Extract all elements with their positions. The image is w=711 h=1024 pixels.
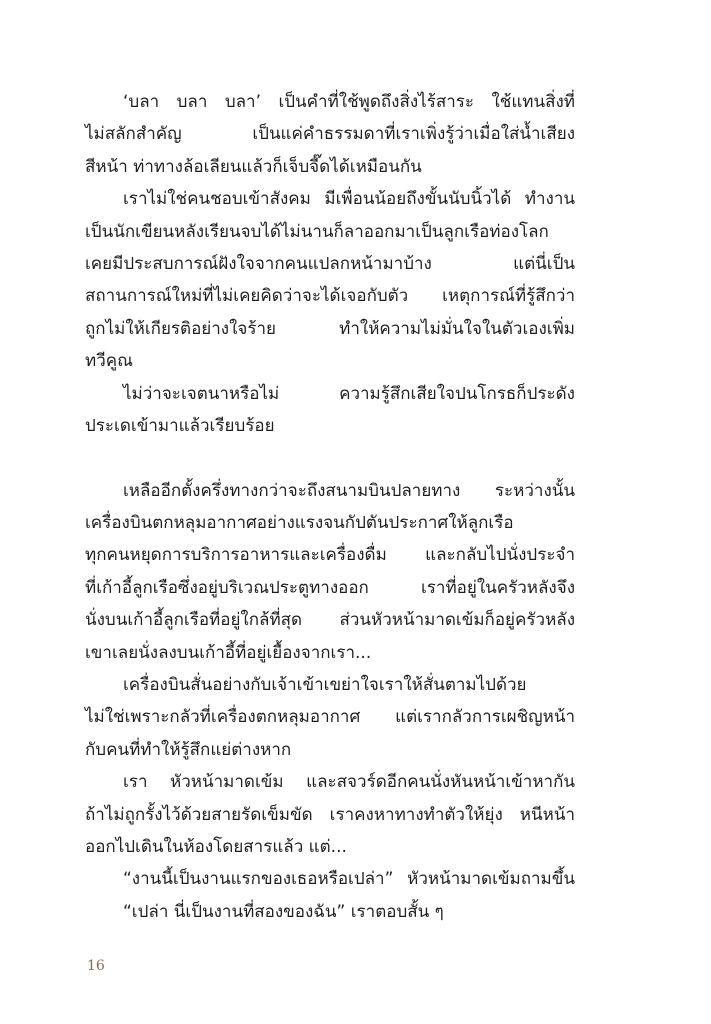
text-line: เหลืออีกตั้งครึ่งทางกว่าจะถึงสนามบินปลาย… [85, 475, 575, 507]
text-line: ถูกไม่ให้เกียรติอย่างใจร้าย ทำให้ความไม่… [85, 313, 575, 345]
text-line: เรา หัวหน้ามาดเข้ม และสจวร์ดอีกคนนั่งหัน… [85, 766, 575, 798]
text-line: “งานนี้เป็นงานแรกของเธอหรือเปล่า” หัวหน้… [85, 863, 575, 895]
text-line: นั่งบนเก้าอี้ลูกเรือที่อยู่ใกล้ที่สุด ส่… [85, 604, 575, 636]
text-line: ออกไปเดินในห้องโดยสารแล้ว แต่... [85, 831, 575, 863]
body-text: ‘บลา บลา บลา’ เป็นคำที่ใช้พูดถึงสิ่งไร้ส… [85, 86, 575, 928]
text-line: ทวีคูณ [85, 345, 575, 377]
text-line: ไม่สลักสำคัญ เป็นแค่คำธรรมดาที่เราเพิ่งร… [85, 118, 575, 150]
text-line: เขาเลยนั่งลงบนเก้าอี้ที่อยู่เยื้องจากเรา… [85, 637, 575, 669]
text-line: เครื่องบินสั่นอย่างกับเจ้าเข้าเขย่าใจเรา… [85, 669, 575, 701]
text-line: ไม่ว่าจะเจตนาหรือไม่ ความรู้สึกเสียใจปนโ… [85, 378, 575, 410]
text-line: เครื่องบินตกหลุมอากาศอย่างแรงจนกัปตันประ… [85, 507, 575, 539]
book-page: ‘บลา บลา บลา’ เป็นคำที่ใช้พูดถึงสิ่งไร้ส… [0, 0, 711, 1024]
text-line: ถ้าไม่ถูกรั้งไว้ด้วยสายรัดเข็มขัด เราคงห… [85, 799, 575, 831]
text-line: ที่เก้าอี้ลูกเรือซึ่งอยู่บริเวณประตูทางอ… [85, 572, 575, 604]
text-line: ไม่ใช่เพราะกลัวที่เครื่องตกหลุมอากาศ แต่… [85, 701, 575, 733]
text-line: ‘บลา บลา บลา’ เป็นคำที่ใช้พูดถึงสิ่งไร้ส… [85, 86, 575, 118]
text-line: เป็นนักเขียนหลังเรียนจบได้ไม่นานก็ลาออกม… [85, 216, 575, 248]
text-line: “เปล่า นี่เป็นงานที่สองของฉัน” เราตอบสั้… [85, 896, 575, 928]
text-line: เคยมีประสบการณ์ฝังใจจากคนแปลกหน้ามาบ้าง … [85, 248, 575, 280]
blank-line [85, 442, 575, 474]
text-line: เราไม่ใช่คนชอบเข้าสังคม มีเพื่อนน้อยถึงข… [85, 183, 575, 215]
text-line: ประเดเข้ามาแล้วเรียบร้อย [85, 410, 575, 442]
text-line: สถานการณ์ใหม่ที่ไม่เคยคิดว่าจะได้เจอกับต… [85, 280, 575, 312]
text-line: ทุกคนหยุดการบริการอาหารและเครื่องดื่ม แล… [85, 539, 575, 571]
page-number: 16 [87, 958, 105, 974]
text-line: กับคนที่ทำให้รู้สึกแย่ต่างหาก [85, 734, 575, 766]
text-line: สีหน้า ท่าทางล้อเลียนแล้วก็เจ็บจี๊ดได้เห… [85, 151, 575, 183]
